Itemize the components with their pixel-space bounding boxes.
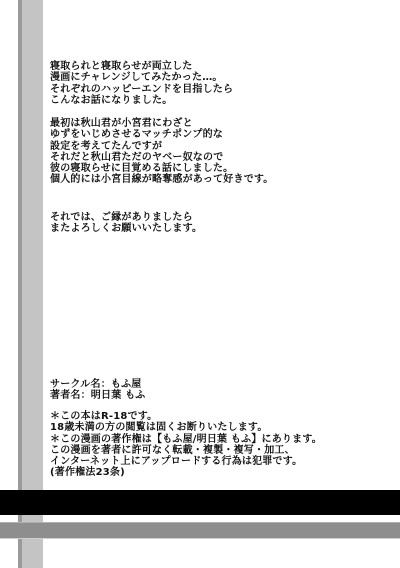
note-line: (著作権法23条)	[50, 467, 322, 478]
text-line: 寝取られと寝取らせが両立した	[50, 61, 233, 72]
text-line: 設定を考えてたんですが	[50, 141, 274, 152]
text-line: 漫画にチャレンジしてみたかった…。	[50, 72, 233, 83]
author-name: 著者名：明日葉 もふ	[50, 390, 145, 401]
circle-name: サークル名：もふ屋	[50, 379, 145, 390]
text-line: 彼の寝取らせに目覚める話にしました。	[50, 163, 274, 174]
text-line: ゆずをいじめさせるマッチポンプ的な	[50, 129, 274, 140]
text-line: またよろしくお願いいたします。	[50, 223, 202, 234]
page-gutter	[22, 0, 43, 568]
credits: サークル名：もふ屋 著者名：明日葉 もふ	[50, 379, 145, 402]
afterword-paragraph-1: 寝取られと寝取らせが両立した 漫画にチャレンジしてみたかった…。 それぞれのハッ…	[50, 61, 233, 106]
note-line: この漫画を著者に許可なく転載・複製・複写・加工、	[50, 445, 322, 456]
text-line: こんなお話になりました。	[50, 95, 233, 106]
note-line: ＊この本はR-18です。	[50, 411, 322, 422]
black-band	[0, 490, 400, 515]
text-line: 個人的には小宮目線が略奪感があって好きです。	[50, 174, 274, 185]
note-line: インターネット上にアップロードする行為は犯罪です。	[50, 456, 322, 467]
text-line: それでは、ご縁がありましたら	[50, 212, 202, 223]
text-line: 最初は秋山君が小宮君にわざと	[50, 118, 274, 129]
afterword-paragraph-3: それでは、ご縁がありましたら またよろしくお願いいたします。	[50, 212, 202, 235]
legal-notes: ＊この本はR-18です。 18歳未満の方の閲覧は固くお断りいたします。 ＊この漫…	[50, 411, 322, 479]
note-line: ＊この漫画の著作権は【もふ屋/明日葉 もふ】にあります。	[50, 434, 322, 445]
text-line: それだと秋山君ただのヤベー奴なので	[50, 152, 274, 163]
afterword-paragraph-2: 最初は秋山君が小宮君にわざと ゆずをいじめさせるマッチポンプ的な 設定を考えてた…	[50, 118, 274, 186]
text-line: それぞれのハッピーエンドを目指したら	[50, 84, 233, 95]
gray-band	[0, 522, 400, 539]
note-line: 18歳未満の方の閲覧は固くお断りいたします。	[50, 422, 322, 433]
